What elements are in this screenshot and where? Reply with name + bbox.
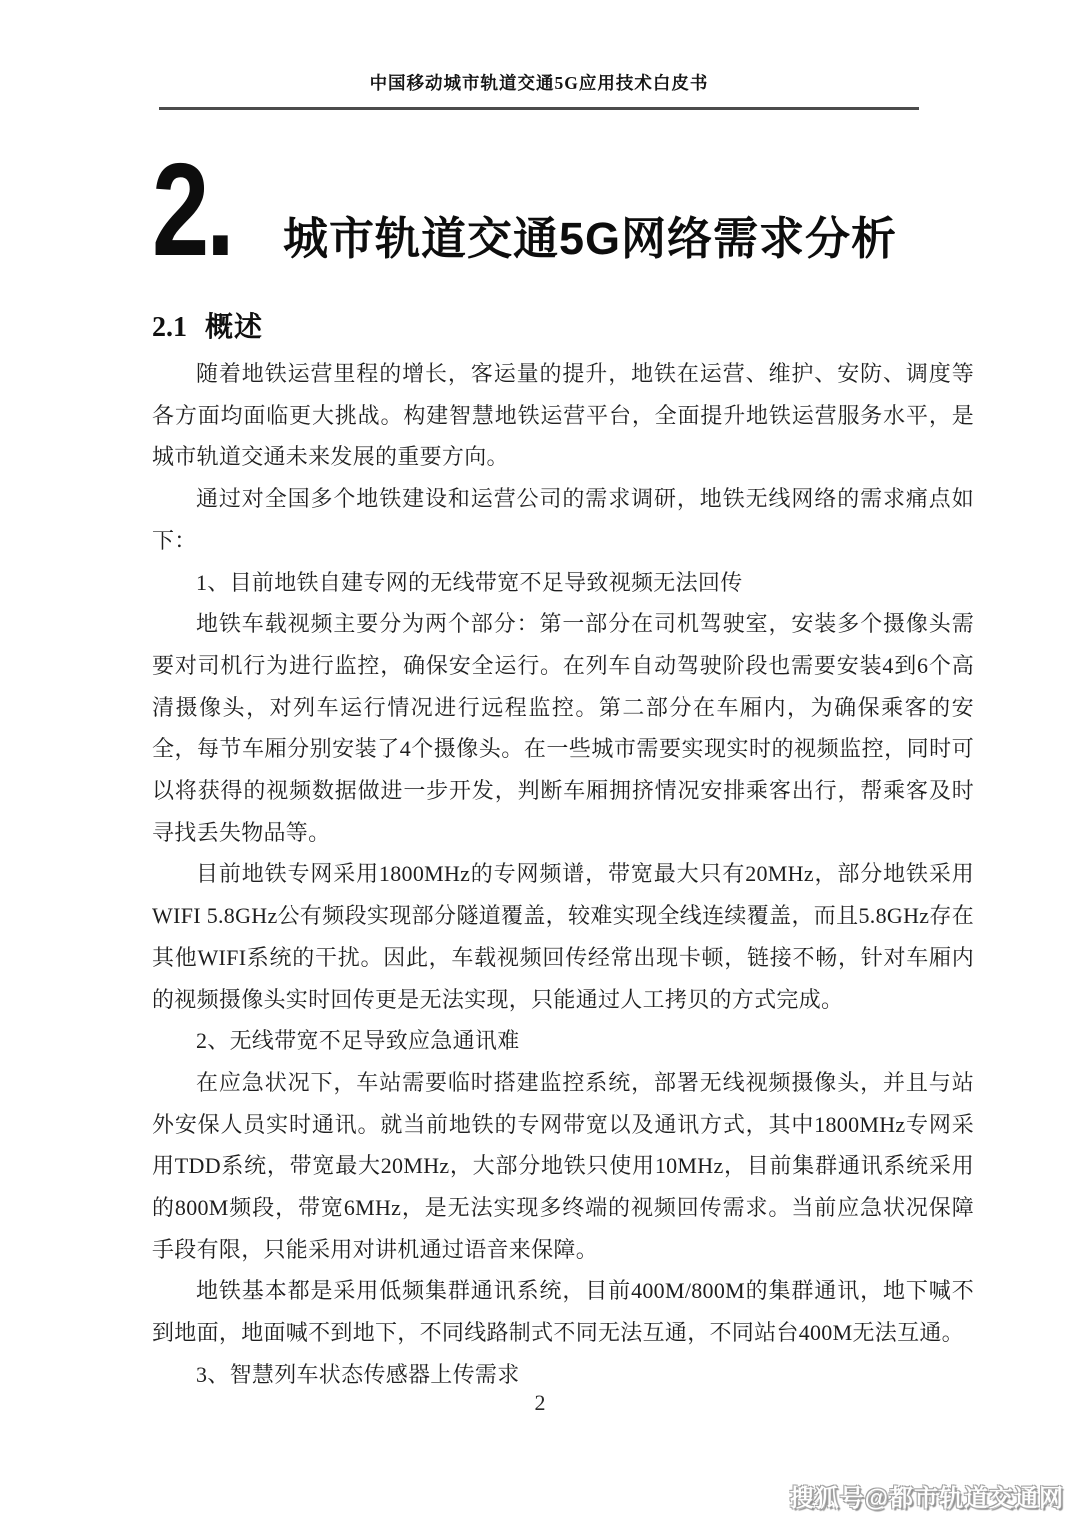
chapter-number: 2. <box>152 144 232 276</box>
body-paragraph: 地铁基本都是采用低频集群通讯系统，目前400M/800M的集群通讯，地下喊不到地… <box>152 1270 974 1353</box>
header-rule <box>159 107 919 110</box>
chapter-heading: 2. 城市轨道交通5G网络需求分析 <box>152 148 972 278</box>
sohu-watermark: 搜狐号@都市轨道交通网 <box>790 1478 1064 1513</box>
body-paragraph: 随着地铁运营里程的增长，客运量的提升，地铁在运营、维护、安防、调度等各方面均面临… <box>152 353 974 478</box>
document-page: 中国移动城市轨道交通5G应用技术白皮书 2. 城市轨道交通5G网络需求分析 2.… <box>0 0 1080 1527</box>
body-paragraph-numbered-item: 2、无线带宽不足导致应急通讯难 <box>152 1020 974 1062</box>
chapter-title: 城市轨道交通5G网络需求分析 <box>283 214 897 264</box>
body-paragraph: 通过对全国多个地铁建设和运营公司的需求调研，地铁无线网络的需求痛点如下： <box>152 478 974 561</box>
section-title: 概述 <box>205 311 263 342</box>
running-header: 中国移动城市轨道交通5G应用技术白皮书 <box>159 70 919 95</box>
body-text: 随着地铁运营里程的增长，客运量的提升，地铁在运营、维护、安防、调度等各方面均面临… <box>152 353 974 1396</box>
body-paragraph: 在应急状况下，车站需要临时搭建监控系统，部署无线视频摄像头，并且与站外安保人员实… <box>152 1062 974 1271</box>
section-heading: 2.1概述 <box>152 310 263 345</box>
section-number: 2.1 <box>152 312 187 343</box>
body-paragraph: 地铁车载视频主要分为两个部分：第一部分在司机驾驶室，安装多个摄像头需要对司机行为… <box>152 603 974 853</box>
document-title: 中国移动城市轨道交通5G应用技术白皮书 <box>370 73 709 93</box>
page-number: 2 <box>0 1390 1080 1416</box>
body-paragraph-numbered-item: 1、目前地铁自建专网的无线带宽不足导致视频无法回传 <box>152 562 974 604</box>
body-paragraph: 目前地铁专网采用1800MHz的专网频谱，带宽最大只有20MHz，部分地铁采用W… <box>152 853 974 1020</box>
